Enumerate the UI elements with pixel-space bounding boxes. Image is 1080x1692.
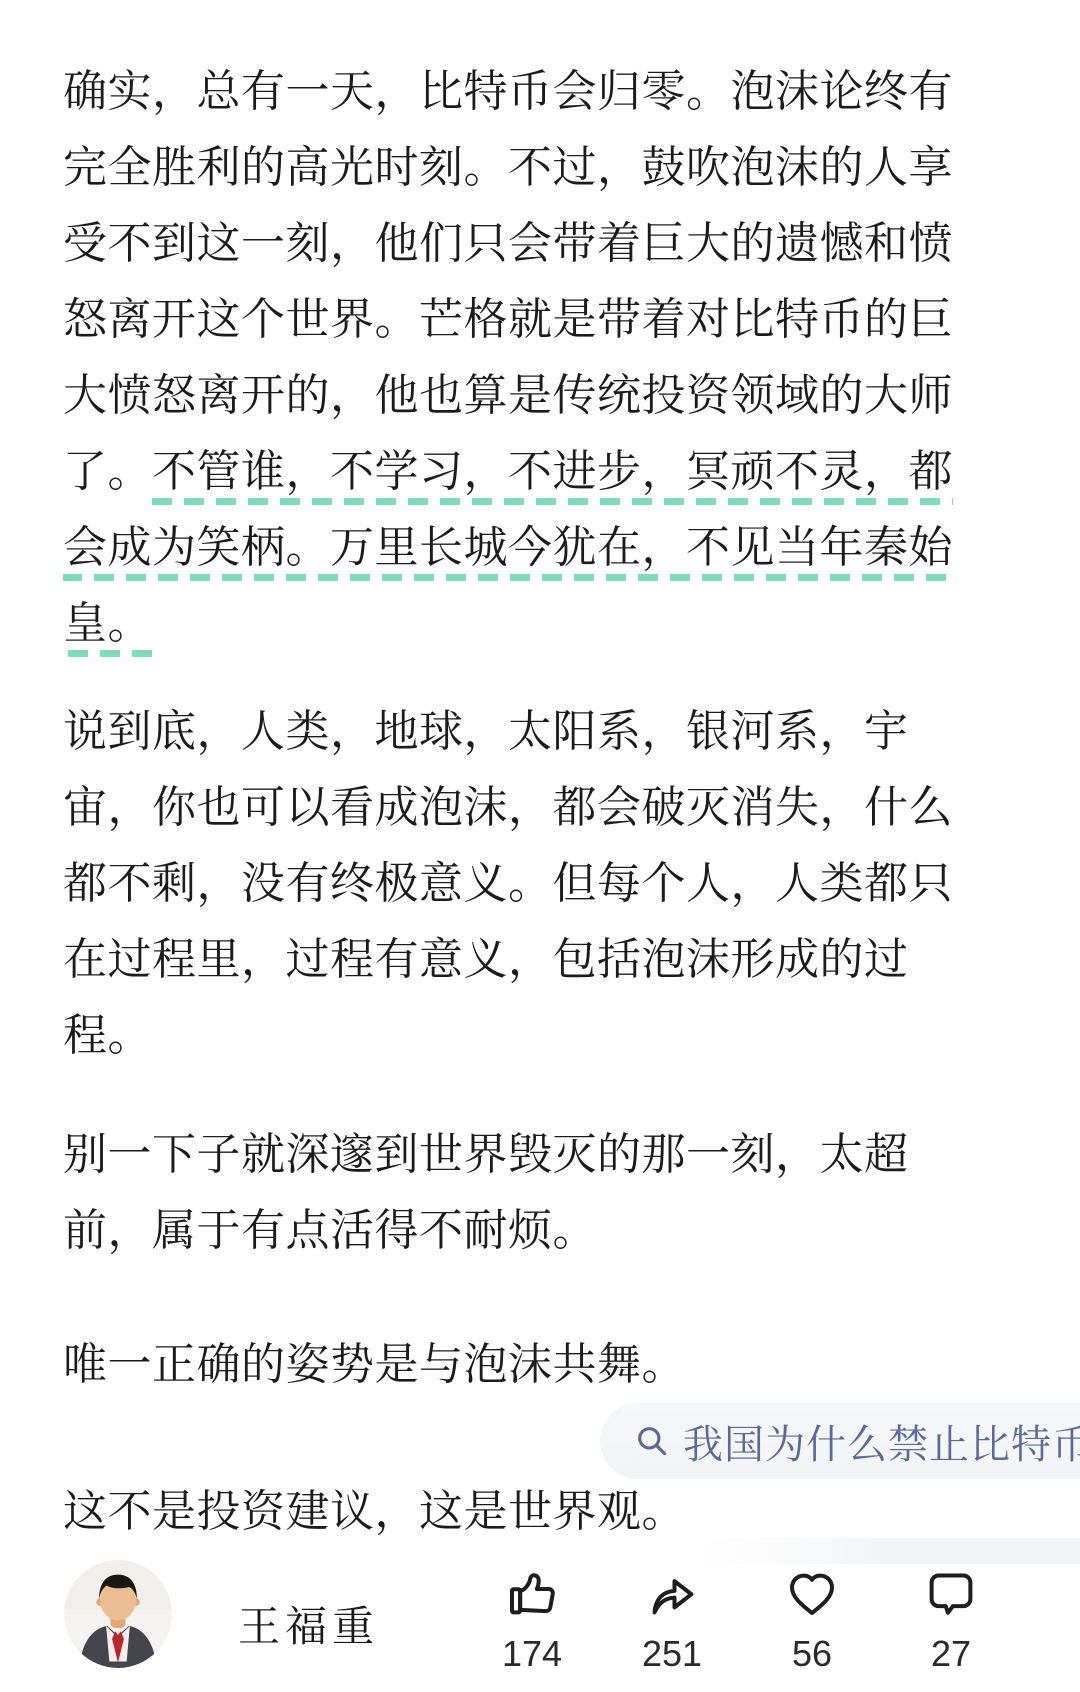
- paragraph-1: 确实，总有一天，比特币会归零。泡沫论终有 完全胜利的高光时刻。不过，鼓吹泡沫的人…: [63, 54, 1019, 662]
- author-name[interactable]: 王福重: [238, 1594, 379, 1654]
- avatar-portrait: [64, 1560, 172, 1668]
- footer-bar: 王福重 174 251 56 2: [0, 1537, 1080, 1692]
- share-arrow-icon: [642, 1563, 702, 1623]
- highlighted-sentence[interactable]: 不管谁，不学习，不进步，冥顽不灵，都 会成为笑柄。万里长城今犹在，不见当年秦始 …: [63, 447, 953, 657]
- search-suggestion-label: 我国为什么禁止比特币: [683, 1413, 1080, 1470]
- author-avatar[interactable]: [64, 1560, 172, 1668]
- like-button[interactable]: 174: [472, 1563, 592, 1672]
- paragraph-2: 说到底，人类，地球，太阳系，银河系，宇 宙，你也可以看成泡沫，都会破灭消失，什么…: [63, 694, 1019, 1074]
- heart-icon: [782, 1563, 842, 1623]
- comment-button[interactable]: 27: [891, 1563, 1011, 1672]
- share-count: 251: [612, 1636, 732, 1672]
- paragraph-3: 别一下子就深邃到世界毁灭的那一刻，太超 前，属于有点活得不耐烦。: [63, 1117, 1019, 1269]
- thumbs-up-icon: [502, 1563, 562, 1623]
- comment-bubble-icon: [921, 1563, 981, 1623]
- search-suggestion-pill[interactable]: 我国为什么禁止比特币: [600, 1403, 1080, 1479]
- paragraph-1-text: 确实，总有一天，比特币会归零。泡沫论终有 完全胜利的高光时刻。不过，鼓吹泡沫的人…: [63, 67, 953, 496]
- favorite-count: 56: [752, 1636, 872, 1672]
- paragraph-4: 唯一正确的姿势是与泡沫共舞。: [63, 1327, 1019, 1403]
- like-count: 174: [472, 1636, 592, 1672]
- favorite-button[interactable]: 56: [752, 1563, 872, 1672]
- comment-count: 27: [891, 1636, 1011, 1672]
- article-screen: 确实，总有一天，比特币会归零。泡沫论终有 完全胜利的高光时刻。不过，鼓吹泡沫的人…: [0, 0, 1080, 1692]
- search-icon: [634, 1423, 670, 1459]
- share-button[interactable]: 251: [612, 1563, 732, 1672]
